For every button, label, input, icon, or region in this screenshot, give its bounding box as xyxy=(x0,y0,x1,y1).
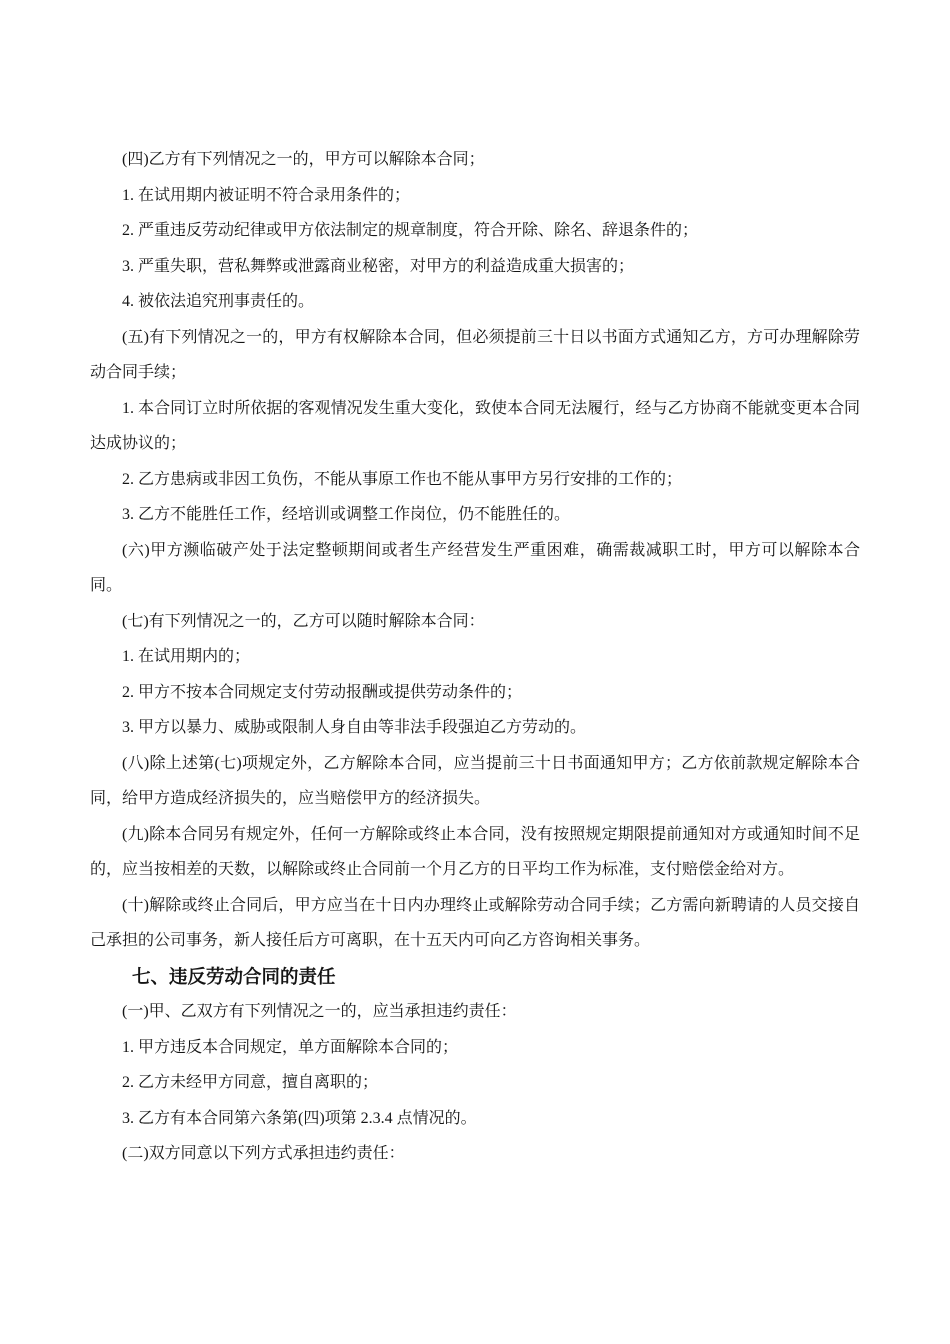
clause-paragraph: (一)甲、乙双方有下列情况之一的，应当承担违约责任： xyxy=(90,994,860,1030)
clause-item: 2. 甲方不按本合同规定支付劳动报酬或提供劳动条件的； xyxy=(90,675,860,711)
clause-paragraph: (七)有下列情况之一的，乙方可以随时解除本合同： xyxy=(90,604,860,640)
clause-item: 2. 严重违反劳动纪律或甲方依法制定的规章制度，符合开除、除名、辞退条件的； xyxy=(90,213,860,249)
clause-item: 3. 乙方不能胜任工作，经培训或调整工作岗位，仍不能胜任的。 xyxy=(90,497,860,533)
clause-paragraph: (八)除上述第(七)项规定外，乙方解除本合同，应当提前三十日书面通知甲方；乙方依… xyxy=(90,746,860,817)
clause-paragraph: (二)双方同意以下列方式承担违约责任： xyxy=(90,1136,860,1172)
clause-item: 3. 乙方有本合同第六条第(四)项第 2.3.4 点情况的。 xyxy=(90,1101,860,1137)
document-page: (四)乙方有下列情况之一的，甲方可以解除本合同； 1. 在试用期内被证明不符合录… xyxy=(0,0,950,1344)
clause-paragraph: (四)乙方有下列情况之一的，甲方可以解除本合同； xyxy=(90,142,860,178)
clause-item: 2. 乙方患病或非因工负伤，不能从事原工作也不能从事甲方另行安排的工作的； xyxy=(90,462,860,498)
clause-item: 1. 在试用期内被证明不符合录用条件的； xyxy=(90,178,860,214)
clause-paragraph: (五)有下列情况之一的，甲方有权解除本合同，但必须提前三十日以书面方式通知乙方，… xyxy=(90,320,860,391)
clause-item: 2. 乙方未经甲方同意，擅自离职的； xyxy=(90,1065,860,1101)
clause-item: 4. 被依法追究刑事责任的。 xyxy=(90,284,860,320)
clause-item: 3. 严重失职，营私舞弊或泄露商业秘密，对甲方的利益造成重大损害的； xyxy=(90,249,860,285)
clause-item: 1. 本合同订立时所依据的客观情况发生重大变化，致使本合同无法履行，经与乙方协商… xyxy=(90,391,860,462)
page-content: (四)乙方有下列情况之一的，甲方可以解除本合同； 1. 在试用期内被证明不符合录… xyxy=(90,142,860,1172)
clause-paragraph: (六)甲方濒临破产处于法定整顿期间或者生产经营发生严重困难，确需裁减职工时，甲方… xyxy=(90,533,860,604)
clause-item: 1. 甲方违反本合同规定，单方面解除本合同的； xyxy=(90,1030,860,1066)
clause-paragraph: (九)除本合同另有规定外，任何一方解除或终止本合同，没有按照规定期限提前通知对方… xyxy=(90,817,860,888)
clause-item: 3. 甲方以暴力、威胁或限制人身自由等非法手段强迫乙方劳动的。 xyxy=(90,710,860,746)
clause-item: 1. 在试用期内的； xyxy=(90,639,860,675)
clause-paragraph: (十)解除或终止合同后，甲方应当在十日内办理终止或解除劳动合同手续；乙方需向新聘… xyxy=(90,888,860,959)
section-heading: 七、违反劳动合同的责任 xyxy=(90,959,860,995)
